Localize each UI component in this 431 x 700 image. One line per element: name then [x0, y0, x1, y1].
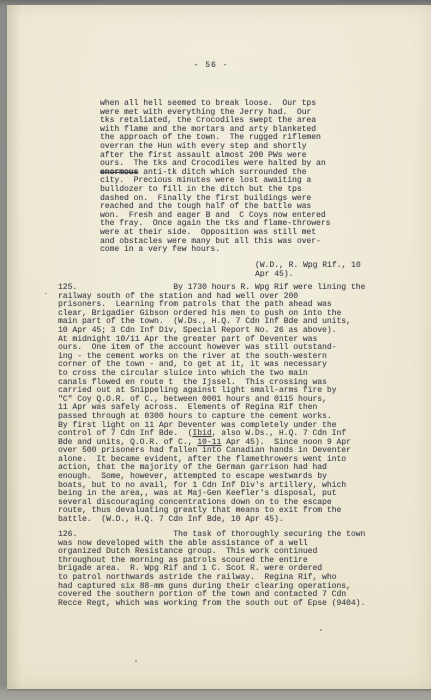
para-125-text-after: Apr 45). Since noon 9 Apr over 500 priso…: [58, 438, 351, 524]
paragraph-126: 126. The task of thoroughly securing the…: [58, 531, 388, 608]
war-diary-quote-block: when all hell seemed to break loose. Our…: [100, 100, 350, 255]
scanned-document-page: - 56 - when all hell seemed to break loo…: [7, 5, 431, 689]
paper-speck: [320, 629, 322, 631]
quote-text-before-emphasis: when all hell seemed to break loose. Our…: [100, 99, 326, 168]
page-number: - 56 -: [7, 62, 415, 71]
quote-text-after-emphasis: anti-tk ditch which surrounded the city.…: [100, 168, 330, 254]
paragraph-125: 125. By 1730 hours R. Wpg Rif were linin…: [58, 284, 388, 525]
para-125-text-before-ibid: 125. By 1730 hours R. Wpg Rif were linin…: [58, 283, 365, 438]
paper-speck: [135, 660, 137, 662]
quote-attribution: (W.D., R. Wpg Rif., 10 Apr 45).: [255, 262, 385, 279]
paper-speck: [45, 293, 47, 294]
